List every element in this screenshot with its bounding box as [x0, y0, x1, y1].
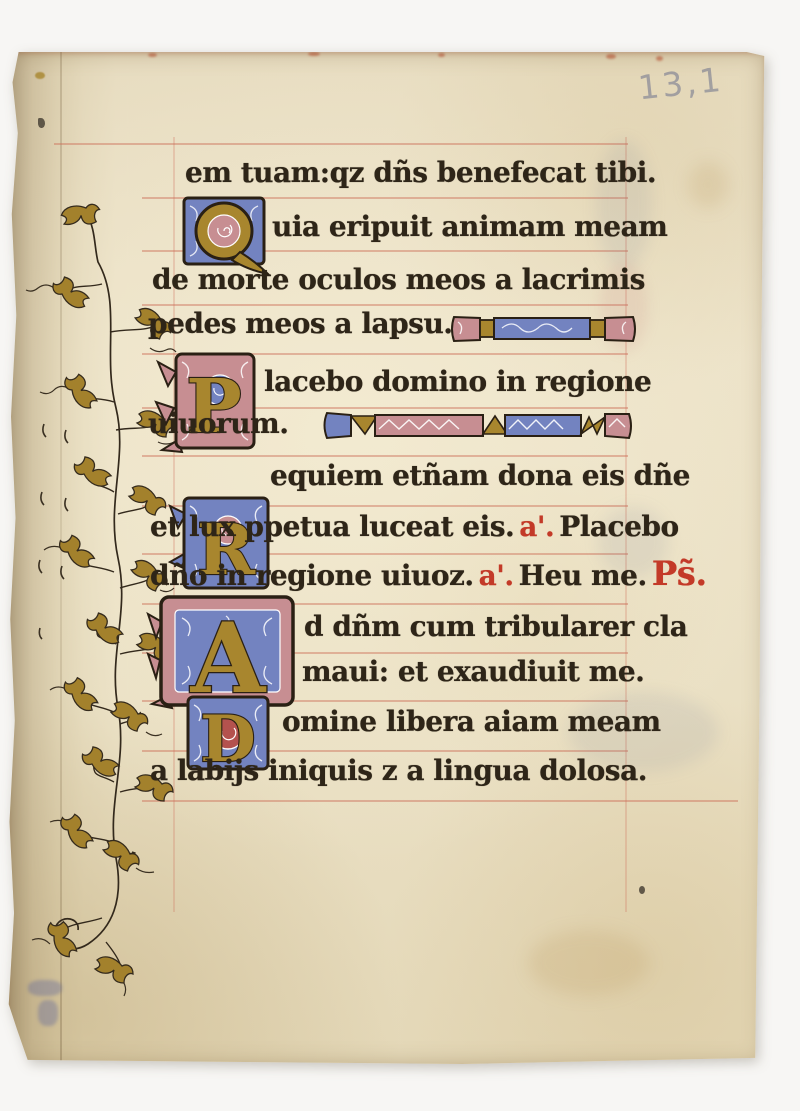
text-line-3: de morte oculos meos a lacrimis [152, 260, 645, 300]
text-line-1: em tuam:qz dñs benefecat tibi. [185, 153, 656, 193]
text-line-2: uia eripuit animam meam [272, 207, 667, 247]
folio-number: 13,1 [636, 60, 725, 108]
text-line-11: maui: et exaudiuit me. [302, 652, 644, 692]
manuscript-leaf: 13,1 [8, 52, 765, 1065]
red-speck [438, 53, 445, 57]
red-speck [606, 54, 616, 59]
scan-background: 13,1 [0, 0, 800, 1111]
text-line-12: omine libera aiam meam [282, 702, 661, 742]
line-filler-zigzag [323, 411, 633, 441]
foxing-stain [688, 162, 728, 208]
text-line-4: pedes meos a lapsu. [148, 304, 453, 344]
text-line-5: lacebo domino in regione [264, 362, 651, 402]
red-speck [148, 53, 157, 57]
text-line-9: dño in regione uiuoz.a'.Heu me.Ps̃. [150, 554, 712, 596]
red-speck [308, 52, 320, 56]
ink-speck [639, 886, 645, 894]
foxing-stain [528, 930, 648, 996]
line-filler-bar [450, 314, 638, 344]
text-line-8: et lux ppetua luceat eis.a'.Placebo [150, 507, 679, 547]
red-speck [656, 56, 663, 61]
text-line-6: uiuorum. [148, 404, 289, 444]
text-line-7: equiem etñam dona eis dñe [270, 456, 690, 496]
text-line-10: d dñm cum tribularer cla [304, 607, 687, 647]
text-line-13: a labijs iniquis z a lingua dolosa. [150, 751, 647, 791]
